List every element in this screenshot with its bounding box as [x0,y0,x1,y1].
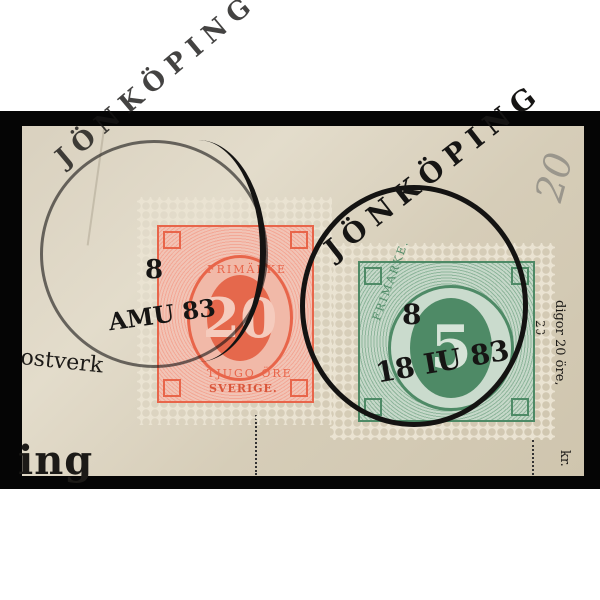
postmark-day: 8 [145,255,163,285]
stamp-country: SVERIGE. [209,382,278,395]
corner-ornament-icon [511,398,529,416]
corner-ornament-icon [290,379,308,397]
postmark-day: 8 [402,298,421,331]
corner-ornament-icon [290,231,308,249]
printed-text-ing: ing [18,437,93,484]
printed-text-kr: kr. [557,450,572,467]
dotted-line [532,440,534,475]
corner-ornament-icon [163,379,181,397]
stamp-bottom-text: TJUGO ÖRE [207,367,293,380]
